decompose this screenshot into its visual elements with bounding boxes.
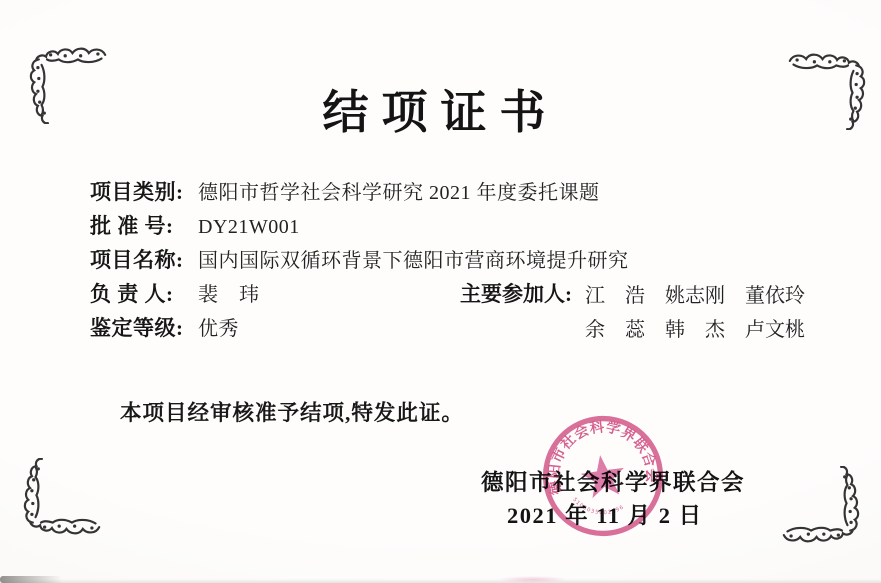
- field-approval-number: 批 准 号: DY21W001: [90, 210, 300, 240]
- svg-text:5106035002596: 5106035002596: [571, 490, 626, 520]
- participants-names-line2: 余 蕊 韩 杰 卢文桃: [585, 313, 805, 342]
- official-seal: 德阳市社会科学界联合会 5106035002596: [527, 400, 678, 551]
- seal-code-text: 5106035002596: [571, 490, 626, 520]
- field-label: 负 责 人:: [90, 278, 190, 308]
- field-project-category: 项目类别: 德阳市哲学社会科学研究 2021 年度委托课题: [90, 176, 600, 206]
- certificate-title: 结项证书: [0, 76, 881, 142]
- photo-edge-shadow: [0, 579, 881, 583]
- field-value: 优秀: [198, 312, 239, 341]
- participants-label: 主要参加人:: [460, 278, 572, 308]
- field-evaluation-grade: 鉴定等级: 优秀: [90, 312, 239, 342]
- field-value: DY21W001: [198, 216, 300, 239]
- corner-flourish-bottom-left-icon: [20, 458, 102, 538]
- completion-statement: 本项目经审核准予结项,特发此证。: [120, 396, 464, 427]
- star-icon: [578, 452, 627, 499]
- field-label: 项目名称:: [90, 244, 190, 274]
- field-value: 裴 玮: [198, 278, 260, 307]
- field-label: 项目类别:: [90, 176, 190, 206]
- photo-ink-smudge: [498, 576, 568, 583]
- certificate-photo: 结项证书 项目类别: 德阳市哲学社会科学研究 2021 年度委托课题 批 准 号…: [0, 0, 881, 583]
- field-value: 国内国际双循环背景下德阳市营商环境提升研究: [198, 244, 629, 273]
- field-project-name: 项目名称: 国内国际双循环背景下德阳市营商环境提升研究: [90, 244, 629, 274]
- field-project-leader: 负 责 人: 裴 玮: [90, 278, 260, 308]
- participants-names-line1: 江 浩 姚志刚 董依玲: [585, 279, 805, 308]
- field-label: 批 准 号:: [90, 210, 190, 240]
- field-value: 德阳市哲学社会科学研究 2021 年度委托课题: [198, 176, 600, 205]
- corner-flourish-bottom-right-icon: [781, 466, 863, 546]
- field-label: 鉴定等级:: [90, 312, 190, 342]
- photo-corner-smudge: [0, 576, 62, 583]
